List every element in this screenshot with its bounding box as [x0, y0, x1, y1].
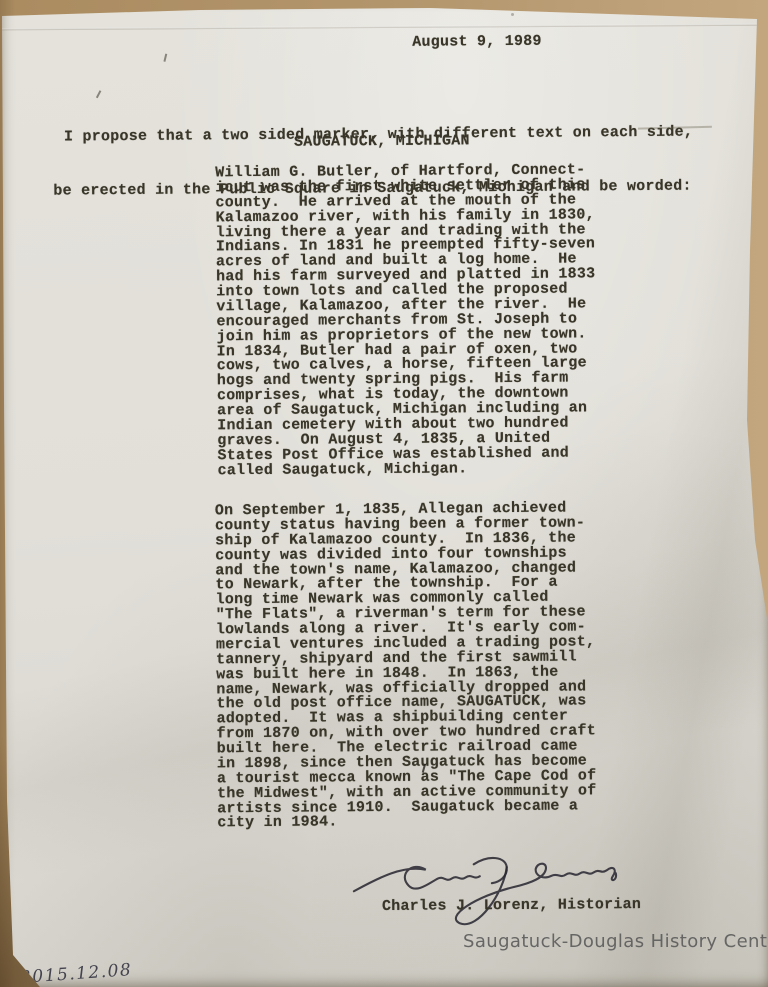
document-date: August 9, 1989: [412, 33, 542, 51]
marker-paragraph-2: On September 1, 1835, Allegan achieved c…: [215, 501, 597, 831]
scanned-letter-photo: August 9, 1989 I propose that a two side…: [0, 0, 768, 987]
document-content: August 9, 1989 I propose that a two side…: [0, 0, 768, 987]
document-page: August 9, 1989 I propose that a two side…: [0, 0, 768, 987]
marker-title: SAUGATUCK, MICHIGAN: [294, 132, 470, 150]
history-center-watermark: Saugatuck-Douglas History Center: [463, 931, 768, 952]
stray-ink-mark: [163, 54, 167, 62]
stray-ink-mark: [511, 13, 514, 16]
marker-paragraph-1: William G. Butler, of Hartford, Connect-…: [215, 163, 597, 478]
handwritten-signature: [346, 851, 627, 938]
signer-name-title: Charles J. Lorenz, Historian: [382, 896, 641, 915]
